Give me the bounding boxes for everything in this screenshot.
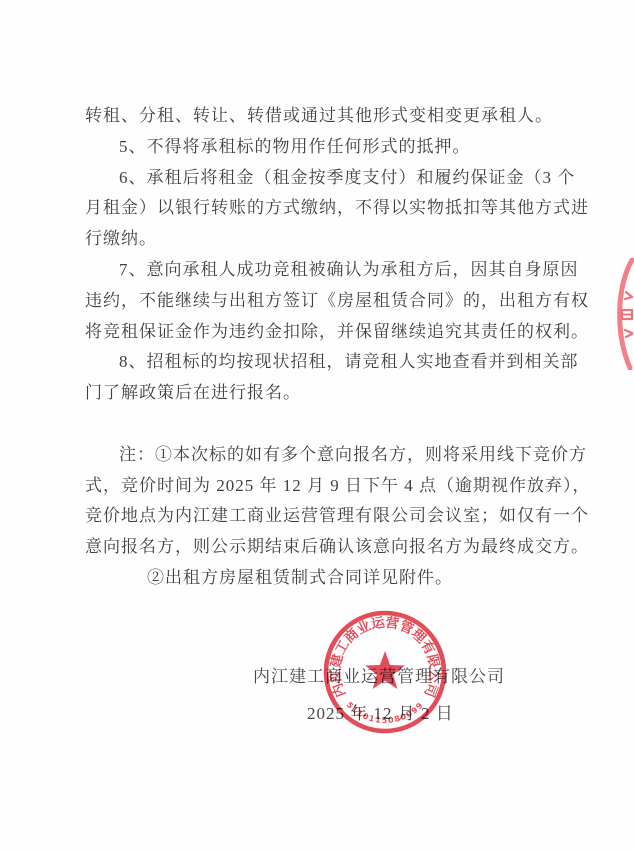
text-line: 违约，不能继续与出租方签订《房屋租赁合同》的，出租方有权	[85, 286, 555, 317]
text-line-note-2: ②出租方房屋租赁制式合同详见附件。	[85, 563, 555, 594]
text-line-item-5: 5、不得将承租标的物用作任何形式的抵押。	[85, 132, 555, 163]
document-page: 转租、分租、转让、转借或通过其他形式变相变更承租人。 5、不得将承租标的物用作任…	[0, 0, 634, 853]
text-line: 月租金）以银行转账的方式缴纳，不得以实物抵扣等其他方式进	[85, 193, 555, 224]
document-body: 转租、分租、转让、转借或通过其他形式变相变更承租人。 5、不得将承租标的物用作任…	[85, 101, 555, 594]
text-line: 行缴纳。	[85, 224, 555, 255]
text-line: 式，竞价时间为 2025 年 12 月 9 日下午 4 点（逾期视作放弃），	[85, 471, 555, 502]
text-line-item-6: 6、承租后将租金（租金按季度支付）和履约保证金（3 个	[85, 163, 555, 194]
text-line: 转租、分租、转让、转借或通过其他形式变相变更承租人。	[85, 101, 555, 132]
seal-star-icon	[365, 651, 405, 689]
text-line-note-1: 注：①本次标的如有多个意向报名方，则将采用线下竞价方	[85, 440, 555, 471]
text-line: 将竞租保证金作为违约金扣除，并保留继续追究其责任的权利。	[85, 317, 555, 348]
text-line: 门了解政策后在进行报名。	[85, 378, 555, 409]
text-line: 意向报名方，则公示期结束后确认该意向报名方为最终成交方。	[85, 532, 555, 563]
partial-stamp-fragment-icon	[606, 258, 634, 370]
text-line-item-8: 8、招租标的均按现状招租，请竞租人实地查看并到相关部	[85, 347, 555, 378]
text-line-item-7: 7、意向承租人成功竞租被确认为承租方后，因其自身原因	[85, 255, 555, 286]
company-seal: 内江建工商业运营管理有限公司 5110115080099	[321, 608, 449, 736]
blank-line	[85, 409, 555, 440]
text-line: 竞价地点为内江建工商业运营管理有限公司会议室；如仅有一个	[85, 501, 555, 532]
